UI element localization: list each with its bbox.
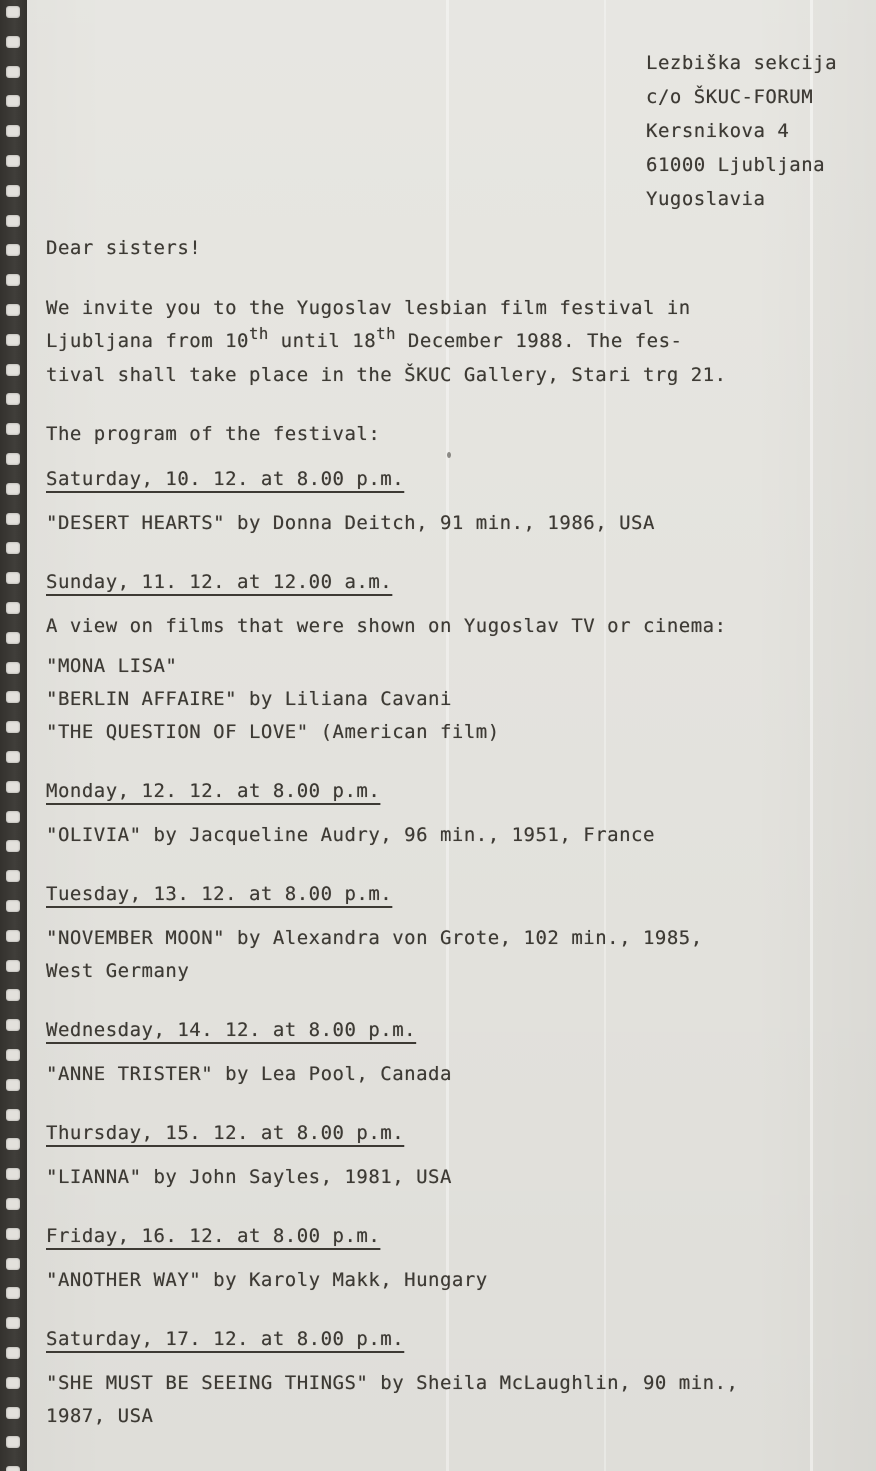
sprocket-hole (6, 1436, 20, 1448)
letter-body: Dear sisters! We invite you to the Yugos… (46, 232, 858, 1433)
schedule-entry: Sunday, 11. 12. at 12.00 a.m. A view on … (46, 566, 858, 749)
sprocket-hole (6, 274, 20, 286)
film-line: "THE QUESTION OF LOVE" (American film) (46, 716, 858, 749)
sprocket-hole (6, 691, 20, 703)
intro-text: until 18 (269, 330, 376, 352)
schedule-entry: Thursday, 15. 12. at 8.00 p.m. "LIANNA" … (46, 1117, 858, 1194)
film-line: West Germany (46, 955, 858, 988)
sprocket-hole (6, 423, 20, 435)
address-line: 61000 Ljubljana (646, 148, 837, 182)
sprocket-hole (6, 95, 20, 107)
sprocket-hole (6, 393, 20, 405)
film-strip-edge (0, 0, 27, 1471)
sprocket-hole (6, 304, 20, 316)
sprocket-hole (6, 572, 20, 584)
film-line: "LIANNA" by John Sayles, 1981, USA (46, 1161, 858, 1194)
film-line: 1987, USA (46, 1400, 858, 1433)
sprocket-hole (6, 125, 20, 137)
sprocket-hole (6, 1407, 20, 1419)
sprocket-hole (6, 662, 20, 674)
screening-day-heading: Monday, 12. 12. at 8.00 p.m. (46, 775, 858, 808)
schedule-entry: Monday, 12. 12. at 8.00 p.m. "OLIVIA" by… (46, 775, 858, 852)
sprocket-hole (6, 334, 20, 346)
film-line: "NOVEMBER MOON" by Alexandra von Grote, … (46, 922, 858, 955)
sprocket-hole (6, 513, 20, 525)
sprocket-hole (6, 781, 20, 793)
film-line: "ANNE TRISTER" by Lea Pool, Canada (46, 1058, 858, 1091)
sprocket-hole (6, 542, 20, 554)
sprocket-hole (6, 1228, 20, 1240)
intro-line: Ljubljana from 10th until 18th December … (46, 325, 858, 359)
schedule-entry: Wednesday, 14. 12. at 8.00 p.m. "ANNE TR… (46, 1014, 858, 1091)
film-line: "DESERT HEARTS" by Donna Deitch, 91 min.… (46, 507, 858, 540)
sprocket-hole (6, 6, 20, 18)
sprocket-hole (6, 632, 20, 644)
letter-page: Lezbiška sekcija c/o ŠKUC-FORUM Kersniko… (0, 0, 876, 1471)
sprocket-hole (6, 870, 20, 882)
screening-day-heading: Thursday, 15. 12. at 8.00 p.m. (46, 1117, 858, 1150)
sprocket-hole (6, 1168, 20, 1180)
screening-day-heading: Wednesday, 14. 12. at 8.00 p.m. (46, 1014, 858, 1047)
sprocket-hole (6, 811, 20, 823)
sprocket-hole (6, 989, 20, 1001)
sprocket-hole (6, 244, 20, 256)
film-line: "ANOTHER WAY" by Karoly Makk, Hungary (46, 1264, 858, 1297)
film-line: "MONA LISA" (46, 650, 858, 683)
schedule-entry: Friday, 16. 12. at 8.00 p.m. "ANOTHER WA… (46, 1220, 858, 1297)
superscript-th: th (249, 325, 269, 343)
sprocket-hole (6, 1258, 20, 1270)
sprocket-hole (6, 1317, 20, 1329)
sprocket-hole (6, 1377, 20, 1389)
screening-day-heading: Tuesday, 13. 12. at 8.00 p.m. (46, 878, 858, 911)
intro-text: December 1988. The fes- (396, 330, 683, 352)
schedule-entry: Tuesday, 13. 12. at 8.00 p.m. "NOVEMBER … (46, 878, 858, 988)
sprocket-hole (6, 930, 20, 942)
sprocket-hole (6, 483, 20, 495)
address-line: Yugoslavia (646, 182, 837, 216)
sprocket-hole (6, 751, 20, 763)
address-line: c/o ŠKUC-FORUM (646, 80, 837, 114)
sprocket-hole (6, 1347, 20, 1359)
sprocket-hole (6, 453, 20, 465)
intro-text: Ljubljana from 10 (46, 330, 249, 352)
screening-day-heading: Friday, 16. 12. at 8.00 p.m. (46, 1220, 858, 1253)
intro-paragraph: We invite you to the Yugoslav lesbian fi… (46, 292, 858, 392)
intro-line: tival shall take place in the ŠKUC Galle… (46, 359, 858, 392)
entry-note: A view on films that were shown on Yugos… (46, 610, 858, 643)
sprocket-hole (6, 721, 20, 733)
sprocket-hole (6, 1466, 20, 1471)
sprocket-hole (6, 1198, 20, 1210)
film-line: "OLIVIA" by Jacqueline Audry, 96 min., 1… (46, 819, 858, 852)
address-line: Kersnikova 4 (646, 114, 837, 148)
sprocket-hole (6, 66, 20, 78)
sprocket-hole (6, 1049, 20, 1061)
screening-day-heading: Sunday, 11. 12. at 12.00 a.m. (46, 566, 858, 599)
sprocket-hole (6, 900, 20, 912)
greeting: Dear sisters! (46, 232, 858, 265)
sprocket-hole (6, 960, 20, 972)
sprocket-hole (6, 1287, 20, 1299)
sprocket-hole (6, 1019, 20, 1031)
sprocket-hole (6, 185, 20, 197)
address-line: Lezbiška sekcija (646, 46, 837, 80)
screening-day-heading: Saturday, 10. 12. at 8.00 p.m. (46, 463, 858, 496)
sprocket-hole (6, 1109, 20, 1121)
sprocket-hole (6, 1079, 20, 1091)
sender-address-block: Lezbiška sekcija c/o ŠKUC-FORUM Kersniko… (646, 46, 837, 216)
sprocket-hole (6, 36, 20, 48)
film-line: "SHE MUST BE SEEING THINGS" by Sheila Mc… (46, 1367, 858, 1400)
film-line: "BERLIN AFFAIRE" by Liliana Cavani (46, 683, 858, 716)
schedule-entry: Saturday, 17. 12. at 8.00 p.m. "SHE MUST… (46, 1323, 858, 1433)
screening-day-heading: Saturday, 17. 12. at 8.00 p.m. (46, 1323, 858, 1356)
sprocket-hole (6, 1138, 20, 1150)
sprocket-hole (6, 215, 20, 227)
sprocket-hole (6, 840, 20, 852)
intro-line: We invite you to the Yugoslav lesbian fi… (46, 292, 858, 325)
program-heading: The program of the festival: (46, 418, 858, 451)
schedule-entry: Saturday, 10. 12. at 8.00 p.m. "DESERT H… (46, 463, 858, 540)
sprocket-hole (6, 602, 20, 614)
sprocket-hole (6, 155, 20, 167)
sprocket-hole (6, 364, 20, 376)
superscript-th: th (376, 325, 396, 343)
